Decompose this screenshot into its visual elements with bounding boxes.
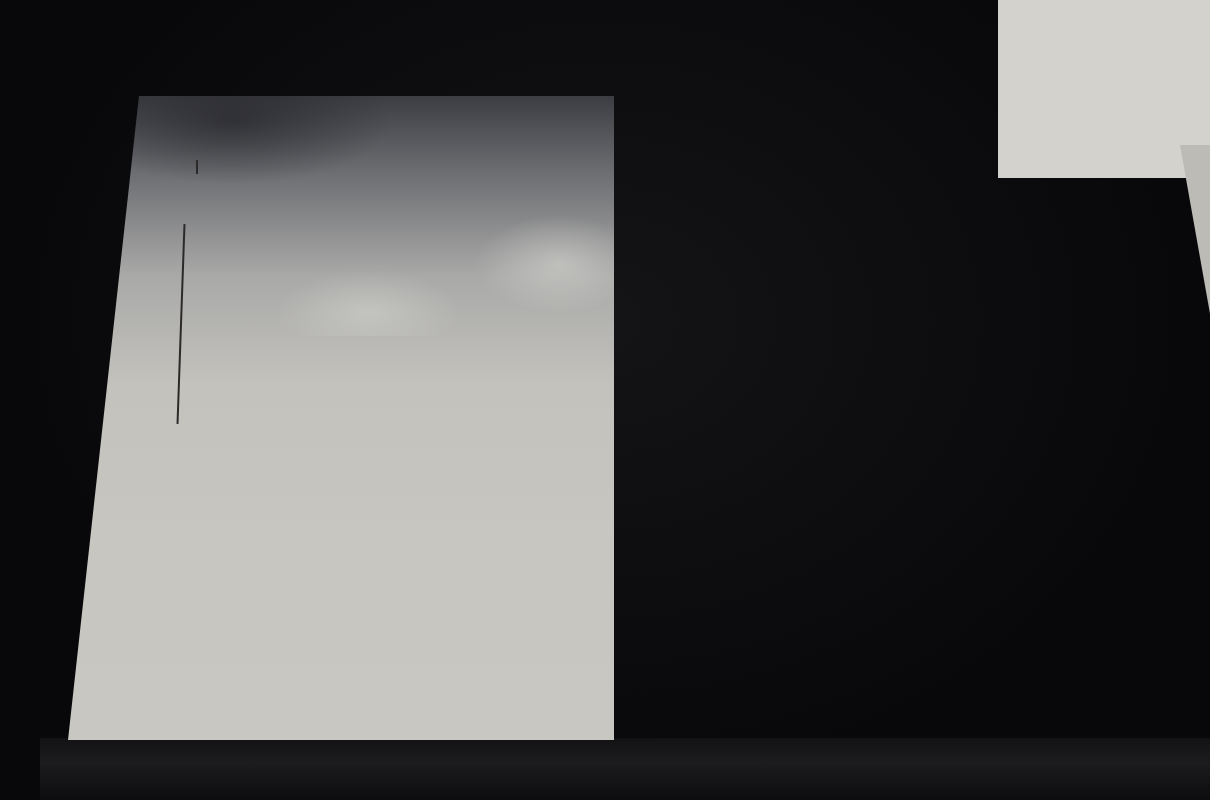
background-letter	[998, 0, 1210, 178]
margin-mark	[196, 160, 198, 174]
letter-paulhan	[68, 96, 614, 740]
margin-bracket	[177, 224, 186, 424]
display-shelf	[40, 738, 1210, 800]
display-case	[0, 0, 1210, 800]
